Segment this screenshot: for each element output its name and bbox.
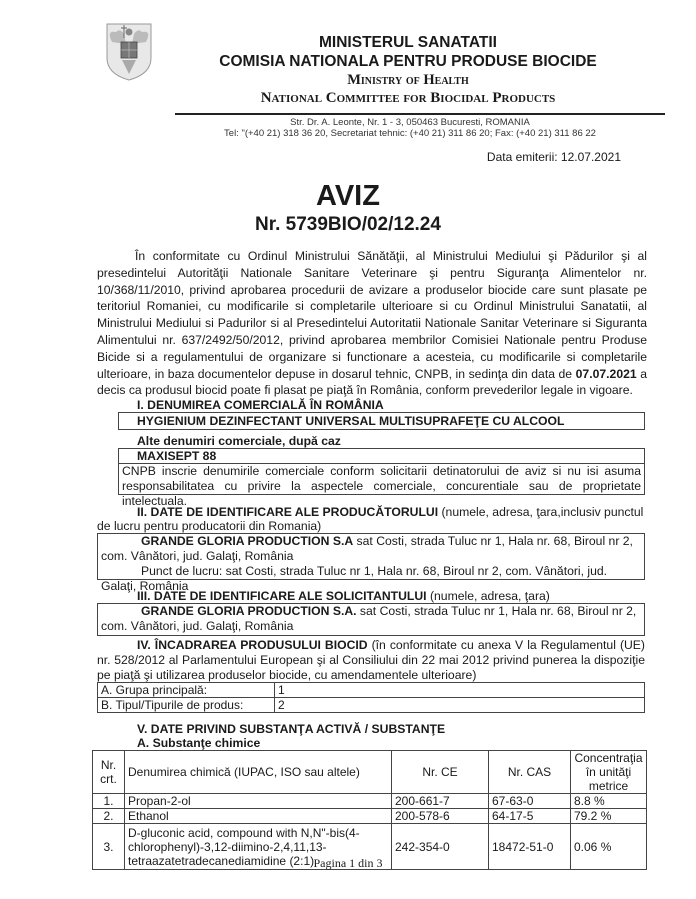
ministry-name-en: Ministry of Health xyxy=(120,72,696,89)
document-title: AVIZ xyxy=(0,180,696,213)
trade-name: HYGIENIUM DEZINFECTANT UNIVERSAL MULTISU… xyxy=(118,412,645,430)
other-names-label: Alte denumiri comerciale, după caz xyxy=(137,434,341,448)
table-row: A. Grupa principală:1 xyxy=(98,683,645,698)
document-number: Nr. 5739BIO/02/12.24 xyxy=(0,214,696,236)
section-2-heading: II. DATE DE IDENTIFICARE ALE PRODUCĂTORU… xyxy=(97,505,645,533)
table-header-row: Nr. crt. Denumirea chimică (IUPAC, ISO s… xyxy=(93,751,647,794)
section-3-heading: III. DATE DE IDENTIFICARE ALE SOLICITANT… xyxy=(137,589,550,603)
table-row: 1. Propan-2-ol 200-661-7 67-63-0 8.8 % xyxy=(93,794,647,809)
section-1-heading: I. DENUMIREA COMERCIALĂ ÎN ROMÂNIA xyxy=(137,398,384,412)
producer-name: GRANDE GLORIA PRODUCTION S.A xyxy=(141,534,353,548)
producer-details: GRANDE GLORIA PRODUCTION S.A sat Costi, … xyxy=(97,533,645,580)
other-trade-name: MAXISEPT 88 xyxy=(118,448,645,464)
table-row: 2. Ethanol 200-578-6 64-17-5 79.2 % xyxy=(93,809,647,824)
header-divider xyxy=(175,113,665,115)
table-row: B. Tipul/Tipurile de produs:2 xyxy=(98,698,645,713)
applicant-details: GRANDE GLORIA PRODUCTION S.A. sat Costi,… xyxy=(97,603,645,636)
section-4-heading: IV. ÎNCADRAREA PRODUSULUI BIOCID (în con… xyxy=(97,638,645,683)
issue-date: Data emiterii: 12.07.2021 xyxy=(487,150,621,164)
section-5-subheading: A. Substanţe chimice xyxy=(137,736,260,750)
section-5-heading: V. DATE PRIVIND SUBSTANŢA ACTIVĂ / SUBST… xyxy=(137,722,445,736)
address: Str. Dr. A. Leonte, Nr. 1 - 3, 050463 Bu… xyxy=(200,117,620,128)
substances-table: Nr. crt. Denumirea chimică (IUPAC, ISO s… xyxy=(92,750,647,870)
classification-table: A. Grupa principală:1 B. Tipul/Tipurile … xyxy=(97,682,645,713)
meeting-date: 07.07.2021 xyxy=(576,367,637,381)
trade-name-disclaimer: CNPB inscrie denumirile comerciale confo… xyxy=(118,463,645,495)
page-number: Pagina 1 din 3 xyxy=(0,856,696,871)
contact-phones: Tel: "(+40 21) 318 36 20, Secretariat te… xyxy=(190,128,630,139)
commission-name-ro: COMISIA NATIONALA PENTRU PRODUSE BIOCIDE xyxy=(120,53,696,71)
ministry-name-ro: MINISTERUL SANATATII xyxy=(120,34,696,52)
applicant-name: GRANDE GLORIA PRODUCTION S.A. xyxy=(141,604,357,618)
commission-name-en: National Committee for Biocidal Products xyxy=(120,90,696,107)
intro-paragraph: În conformitate cu Ordinul Ministrului S… xyxy=(97,248,647,399)
